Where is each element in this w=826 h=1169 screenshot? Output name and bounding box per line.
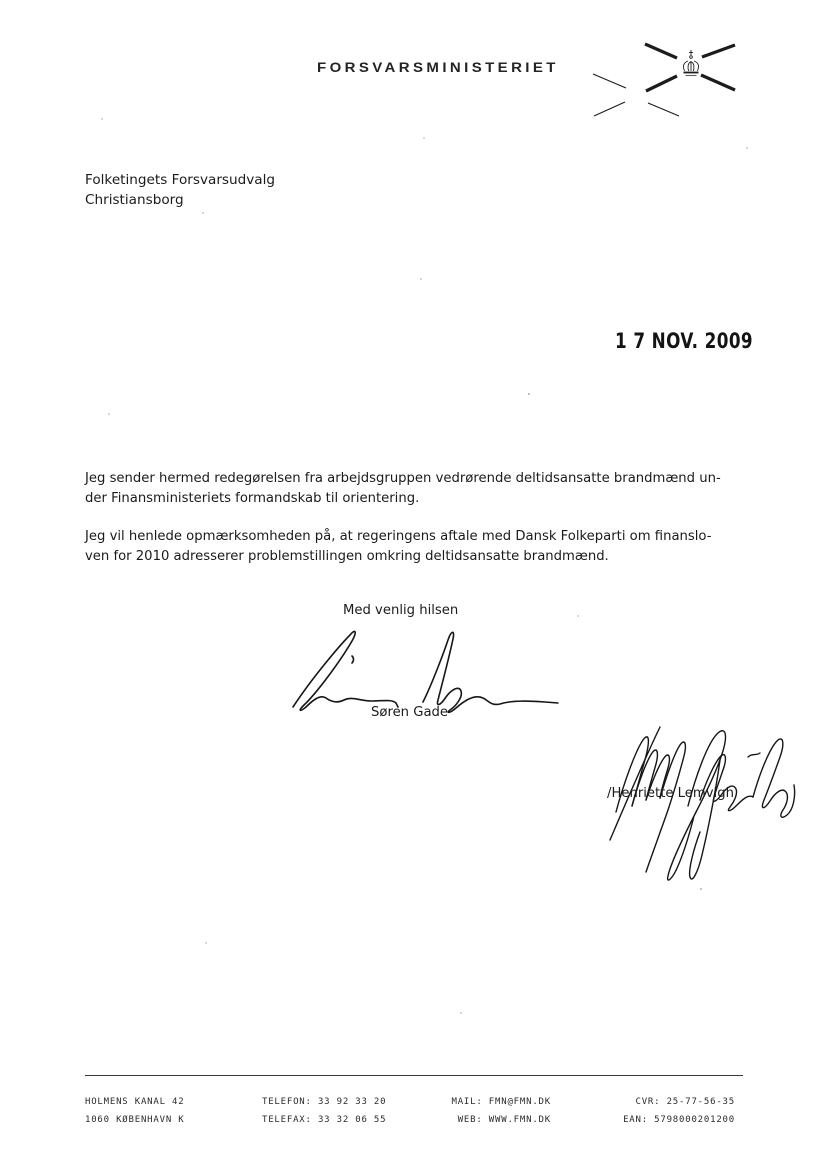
footer-ean-line: EAN: 5798000201200 bbox=[584, 1111, 735, 1129]
scan-noise bbox=[420, 278, 422, 280]
footer-phone-line: TELEFON: 33 92 33 20 bbox=[262, 1093, 386, 1111]
crossed-lines-bold-icon bbox=[645, 44, 735, 91]
footer-divider bbox=[85, 1075, 743, 1076]
ministry-name: FORSVARSMINISTERIET bbox=[317, 60, 559, 76]
scan-noise bbox=[205, 942, 207, 944]
cosigner-name: /Henriette Lemvigh bbox=[607, 786, 734, 801]
ministry-logo-icon bbox=[585, 35, 750, 130]
scan-noise bbox=[202, 212, 204, 214]
footer-address-line1: HOLMENS KANAL 42 bbox=[85, 1093, 185, 1111]
recipient-line: Folketingets Forsvarsudvalg bbox=[85, 170, 275, 190]
signature-henriette-lemvigh-icon bbox=[600, 718, 800, 888]
scan-noise bbox=[423, 137, 425, 139]
date-stamp: 1 7 NOV. 2009 bbox=[615, 329, 753, 353]
footer-fax-line: TELEFAX: 33 32 06 55 bbox=[262, 1111, 386, 1129]
footer-mail-line: MAIL: FMN@FMN.DK bbox=[400, 1093, 551, 1111]
footer-address: HOLMENS KANAL 42 1060 KØBENHAVN K bbox=[85, 1093, 185, 1129]
body-line: der Finansministeriets formandskab til o… bbox=[85, 489, 745, 509]
scan-noise bbox=[460, 1012, 462, 1014]
scan-noise bbox=[108, 413, 110, 415]
footer-address-line2: 1060 KØBENHAVN K bbox=[85, 1111, 185, 1129]
scan-noise bbox=[101, 118, 103, 120]
footer-web: MAIL: FMN@FMN.DK WEB: WWW.FMN.DK bbox=[400, 1093, 551, 1129]
footer-registry: CVR: 25-77-56-35 EAN: 5798000201200 bbox=[584, 1093, 735, 1129]
scan-noise bbox=[746, 147, 748, 149]
footer-web-line: WEB: WWW.FMN.DK bbox=[400, 1111, 551, 1129]
body-paragraph-1: Jeg sender hermed redegørelsen fra arbej… bbox=[85, 469, 745, 508]
recipient-line: Christiansborg bbox=[85, 190, 275, 210]
body-line: Jeg sender hermed redegørelsen fra arbej… bbox=[85, 469, 745, 489]
crown-icon bbox=[684, 50, 699, 76]
body-line: ven for 2010 adresserer problemstillinge… bbox=[85, 547, 745, 567]
salutation: Med venlig hilsen bbox=[343, 603, 458, 618]
body-paragraph-2: Jeg vil henlede opmærksomheden på, at re… bbox=[85, 527, 745, 566]
footer-cvr-line: CVR: 25-77-56-35 bbox=[584, 1093, 735, 1111]
signer-name: Søren Gade bbox=[371, 705, 448, 720]
scan-noise bbox=[700, 888, 702, 890]
footer-phone: TELEFON: 33 92 33 20 TELEFAX: 33 32 06 5… bbox=[262, 1093, 386, 1129]
scanned-letter-page: FORSVARSMINISTERIET bbox=[0, 0, 826, 1169]
body-line: Jeg vil henlede opmærksomheden på, at re… bbox=[85, 527, 745, 547]
scan-noise bbox=[528, 393, 530, 395]
scan-noise bbox=[577, 615, 579, 617]
recipient-block: Folketingets Forsvarsudvalg Christiansbo… bbox=[85, 170, 275, 210]
